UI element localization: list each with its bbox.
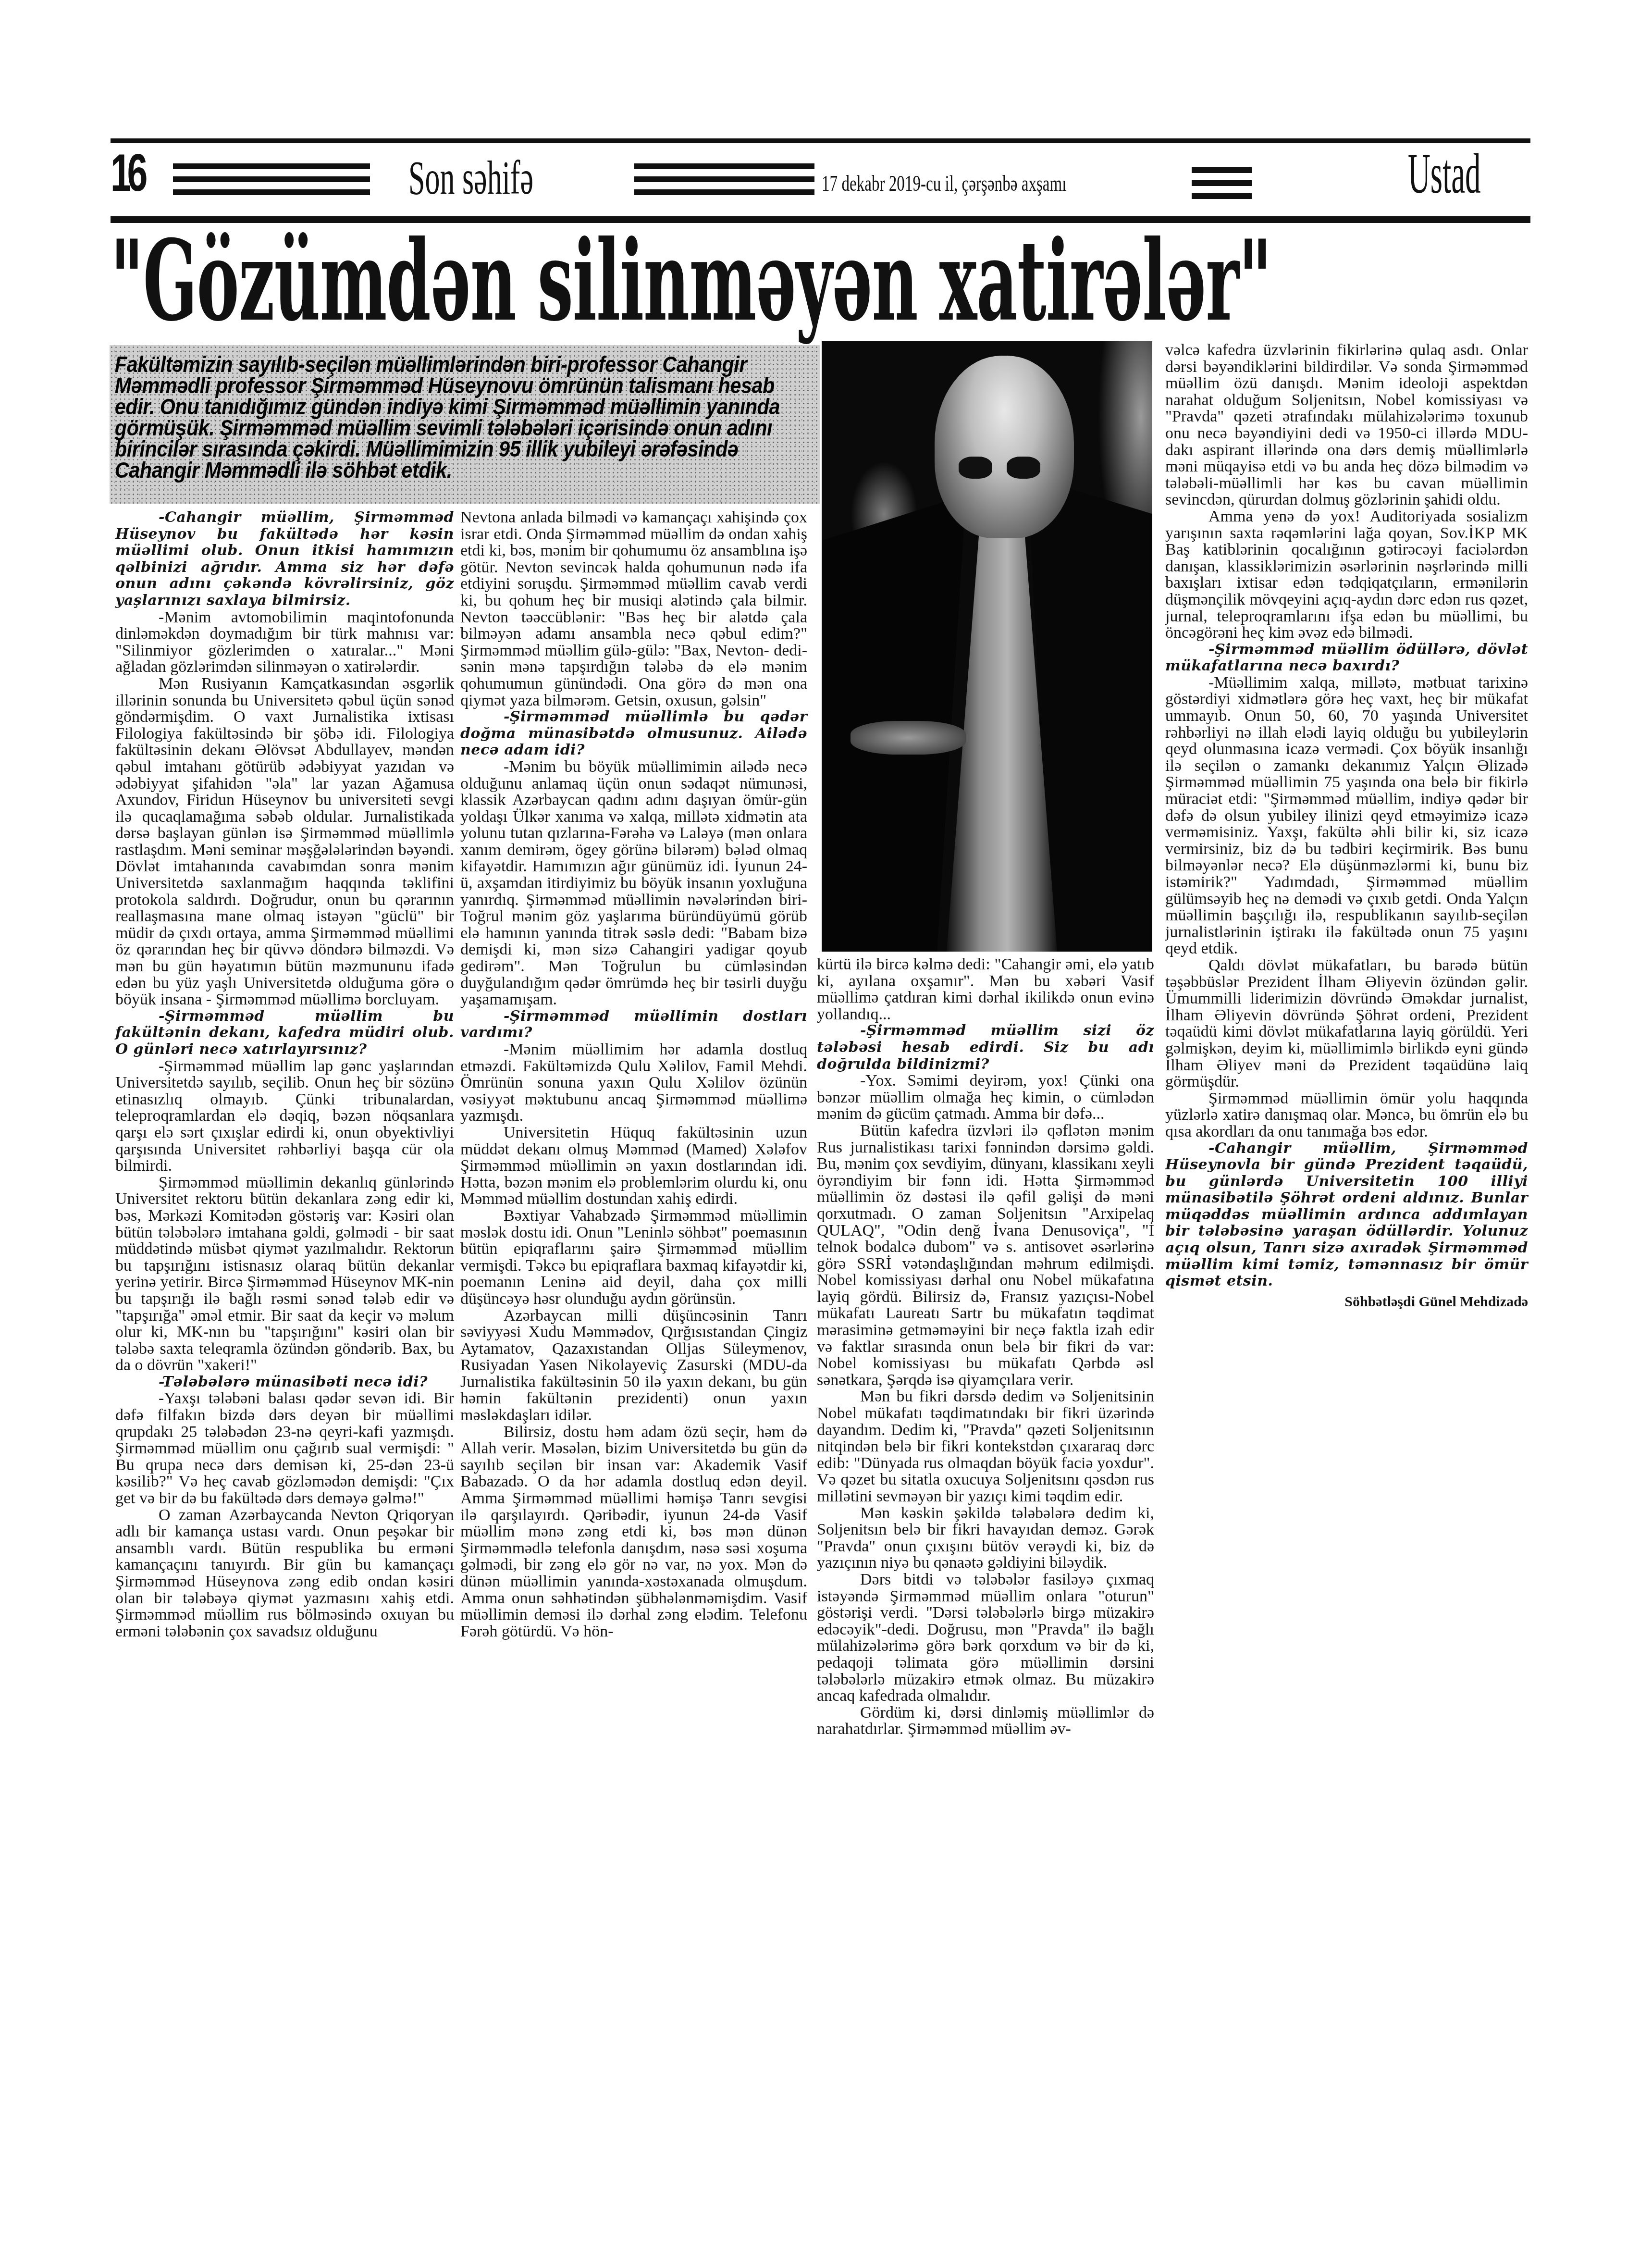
interview-answer: Şirməmməd müəllimin dekanlıq günlərində …: [115, 1175, 454, 1374]
article-lead: Fakültəmizin sayılıb-seçilən müəllimləri…: [110, 345, 820, 481]
interview-answer: -Mənim avtomobilimin maqintofonunda dinl…: [115, 609, 454, 676]
interview-answer: O zaman Azərbaycanda Nevton Qriqoryan ad…: [115, 1507, 454, 1640]
decorative-bars: [634, 163, 814, 195]
interview-answer: Azərbaycan milli düşüncəsinin Tanrı səvi…: [460, 1308, 807, 1424]
article-column-3: kürtü ilə bircə kəlmə dedi: "Cahangir əm…: [817, 956, 1154, 2187]
interview-answer: Bəxtiyar Vahabzadə Şirməmməd müəllimin m…: [460, 1208, 807, 1308]
interview-question: -Şirməmməd müəllimlə bu qədər doğma müna…: [460, 709, 807, 759]
issue-date: 17 dekabr 2019-cu il, çərşənbə axşamı: [822, 169, 1067, 198]
interview-answer: Universitetin Hüquq fakültəsinin uzun mü…: [460, 1125, 807, 1208]
interview-answer: -Mənim bu böyük müəllimimin ailədə necə …: [460, 759, 807, 1008]
article-column-2: Nevtona anlada bilmədi və kamançaçı xahi…: [460, 509, 807, 2192]
page-number: 16: [111, 144, 144, 202]
interview-question: -Tələbələrə münasibəti necə idi?: [115, 1374, 454, 1391]
interview-question: -Şirməmməd müəllim ödüllərə, dövlət müka…: [1165, 642, 1528, 675]
interview-answer: Amma yenə də yox! Auditoriyada sosializm…: [1165, 508, 1528, 642]
decorative-bars: [1192, 167, 1252, 199]
interview-question: -Şirməmməd müəllim sizi öz tələbəsi hesa…: [817, 1023, 1154, 1073]
interview-answer: Şirməmməd müəllimin ömür yolu haqqında y…: [1165, 1090, 1528, 1140]
decorative-bars: [173, 163, 370, 195]
interview-answer: Bilirsiz, dostu həm adam özü seçir, həm …: [460, 1424, 807, 1640]
interview-question: -Şirməmməd müəllimin dostları vardımı?: [460, 1008, 807, 1041]
interview-answer: Nevtona anlada bilmədi və kamançaçı xahi…: [460, 509, 807, 709]
masthead: 16 Son səhifə 17 dekabr 2019-cu il, çərş…: [111, 144, 1530, 214]
article-lead-box: Fakültəmizin sayılıb-seçilən müəllimləri…: [110, 345, 820, 504]
section-title: Son səhifə: [408, 149, 533, 207]
article-column-4: vəlcə kafedra üzvlərinin fikirlərinə qul…: [1165, 342, 1528, 2168]
interview-question: -Şirməmməd müəllim bu fakültənin dekanı,…: [115, 1008, 454, 1058]
publication-name: Ustad: [1408, 140, 1480, 208]
interview-answer: -Yox. Səmimi deyirəm, yox! Çünki ona bən…: [817, 1073, 1154, 1123]
interview-answer: Mən bu fikri dərsdə dedim və Soljenitsin…: [817, 1388, 1154, 1505]
article-headline-block: "Gözümdən silinməyən xatirələr": [111, 226, 1533, 336]
interview-answer: vəlcə kafedra üzvlərinin fikirlərinə qul…: [1165, 342, 1528, 508]
article-column-1: -Cahangir müəllim, Şirməmməd Hüseynov bu…: [115, 509, 454, 2192]
masthead-top-rule: [111, 138, 1530, 143]
interview-answer: kürtü ilə bircə kəlmə dedi: "Cahangir əm…: [817, 956, 1154, 1023]
interview-answer: Bütün kafedra üzvləri ilə qəflətən mənim…: [817, 1123, 1154, 1389]
interview-answer: -Müəllimim xalqa, millətə, mətbuat tarix…: [1165, 675, 1528, 957]
interview-answer: Mən Rusiyanın Kamçatkasından əsgərlik il…: [115, 676, 454, 1008]
article-headline: "Gözümdən silinməyən xatirələr": [111, 226, 928, 336]
byline: Söhbətləşdi Günel Mehdizadə: [1165, 1294, 1528, 1311]
interview-answer: Qaldı dövlət mükafatları, bu barədə bütü…: [1165, 957, 1528, 1090]
interview-answer: Gördüm ki, dərsi dinləmiş müəllimlər də …: [817, 1705, 1154, 1738]
interview-answer: -Şirməmməd müəllim lap gənc yaşlarından …: [115, 1058, 454, 1175]
interview-answer: Mən kəskin şəkildə tələbələrə dedim ki, …: [817, 1505, 1154, 1572]
interview-question: -Cahangir müəllim, Şirməmməd Hüseynov bu…: [115, 509, 454, 609]
interview-question: -Cahangir müəllim, Şirməmməd Hüseynovla …: [1165, 1140, 1528, 1290]
portrait-photo-icon: [822, 341, 1152, 952]
interview-answer: Dərs bitdi və tələbələr fasiləyə çıxmaq …: [817, 1572, 1154, 1705]
interview-answer: -Mənim müəllimim hər adamla dostluq etmə…: [460, 1041, 807, 1125]
interview-answer: -Yaxşı tələbəni balası qədər sevən idi. …: [115, 1390, 454, 1507]
